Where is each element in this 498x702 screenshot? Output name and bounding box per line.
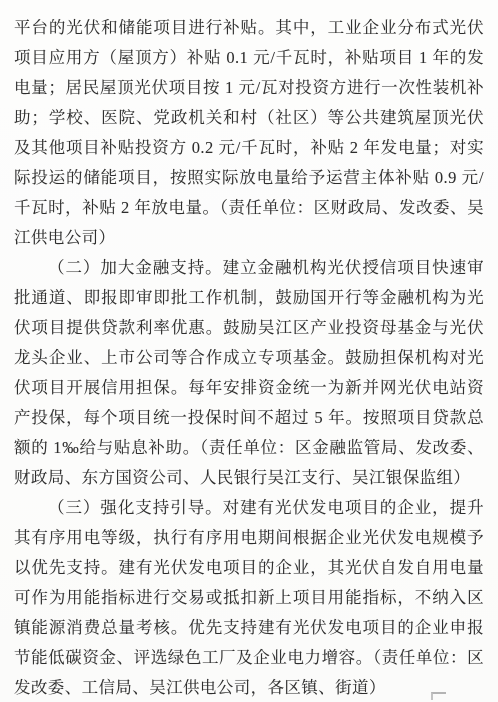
policy-paragraph-subsidy-details: 平台的光伏和储能项目进行补贴。其中，工业企业分布式光伏项目应用方（屋顶方）补贴 … <box>14 13 484 253</box>
scan-corner-artifact <box>431 692 446 700</box>
policy-paragraph-financial-support: （二）加大金融支持。建立金融机构光伏授信项目快速审批通道、即报即审即批工作机制，… <box>14 253 484 493</box>
policy-paragraph-support-guidance: （三）强化支持引导。对建有光伏发电项目的企业，提升其有序用电等级，执行有序用电期… <box>14 493 484 702</box>
document-page: 平台的光伏和储能项目进行补贴。其中，工业企业分布式光伏项目应用方（屋顶方）补贴 … <box>0 0 498 702</box>
